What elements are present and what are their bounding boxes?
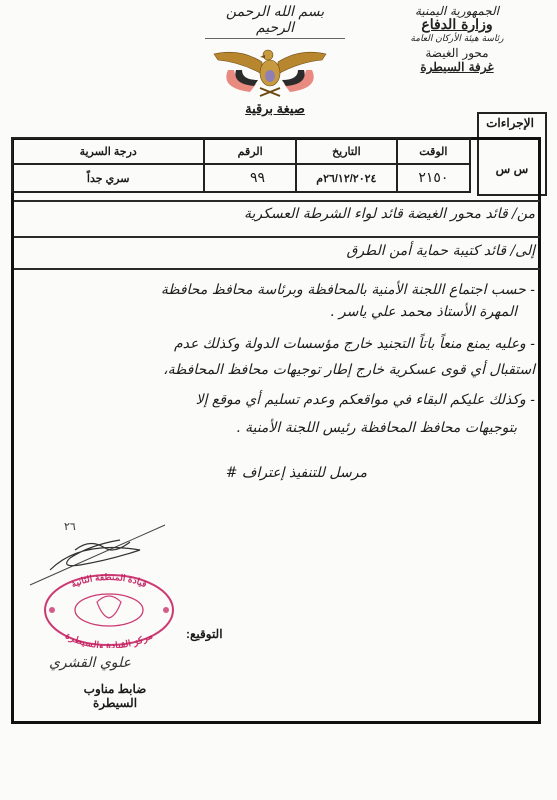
header-line-ministry: وزارة الدفاع — [367, 18, 547, 32]
body-line-2: المهرة الأستاذ محمد علي ياسر . — [330, 304, 517, 320]
telegram-document: الجمهورية اليمنية وزارة الدفاع رئاسة هيئ… — [0, 0, 557, 800]
number-header: الرقم — [204, 138, 296, 164]
rule-line — [14, 200, 540, 202]
body-line-5: - وكذلك عليكم البقاء في مواقعكم وعدم تسل… — [196, 392, 535, 408]
rule-line — [14, 268, 540, 270]
signatory-name: علوي القشري — [40, 655, 140, 671]
classification-header: درجة السرية — [12, 138, 204, 164]
meta-value-row: ٢١٥٠ ٢٦/١٢/٢٠٢٤م ٩٩ سري جداً — [12, 164, 470, 192]
stamp-text-top: قيادة المنطقة الثانية — [70, 572, 149, 589]
document-type-title: صيغة برقية — [230, 101, 320, 117]
telegram-meta-table: الوقت التاريخ الرقم درجة السرية ٢١٥٠ ٢٦/… — [11, 137, 471, 193]
body-line-6: بتوجيهات محافظ المحافظة رئيس اللجنة الأم… — [236, 420, 517, 436]
dispatch-note: مرسل للتنفيذ إعتراف # — [226, 465, 367, 481]
issuing-authority-header: الجمهورية اليمنية وزارة الدفاع رئاسة هيئ… — [367, 4, 547, 74]
routing-from: من/ قائد محور الغيضة قائد لواء الشرطة ال… — [244, 206, 535, 222]
header-line-general-staff: رئاسة هيئة الأركان العامة — [367, 32, 547, 46]
svg-text:مركز القيادة والسيطرة: مركز القيادة والسيطرة — [64, 630, 155, 648]
basmala: بسم الله الرحمن الرحيم — [205, 4, 345, 39]
time-header: الوقت — [397, 138, 470, 164]
date-header: التاريخ — [296, 138, 397, 164]
body-line-4: استقبال أي قوى عسكرية خارج إطار توجيهات … — [163, 362, 535, 378]
signatory-title: ضابط مناوب السيطرة — [60, 682, 170, 710]
header-line-control-room: غرفة السيطرة — [367, 60, 547, 74]
signature-label: التوقيع: — [186, 627, 223, 641]
header-line-republic: الجمهورية اليمنية — [367, 4, 547, 18]
time-value: ٢١٥٠ — [397, 164, 470, 192]
actions-header: الإجراءات — [477, 116, 543, 130]
classification-value: سري جداً — [12, 164, 204, 192]
meta-header-row: الوقت التاريخ الرقم درجة السرية — [12, 138, 470, 164]
date-value: ٢٦/١٢/٢٠٢٤م — [296, 164, 397, 192]
body-line-1: - حسب اجتماع اللجنة الأمنية بالمحافظة وب… — [161, 282, 535, 298]
official-stamp-icon: قيادة المنطقة الثانية مركز القيادة والسي… — [42, 572, 176, 648]
number-value: ٩٩ — [204, 164, 296, 192]
yemen-eagle-emblem-icon — [210, 40, 330, 100]
body-line-3: - وعليه يمنع منعاً باتاً التجنيد خارج مؤ… — [174, 336, 535, 352]
rule-line — [14, 236, 540, 238]
header-line-axis: محور الغيضة — [367, 46, 547, 60]
stamp-text-bottom: مركز القيادة والسيطرة — [64, 630, 155, 648]
svg-text:قيادة المنطقة الثانية: قيادة المنطقة الثانية — [70, 572, 149, 589]
routing-to: إلى/ قائد كتيبة حماية أمن الطرق — [346, 243, 535, 259]
